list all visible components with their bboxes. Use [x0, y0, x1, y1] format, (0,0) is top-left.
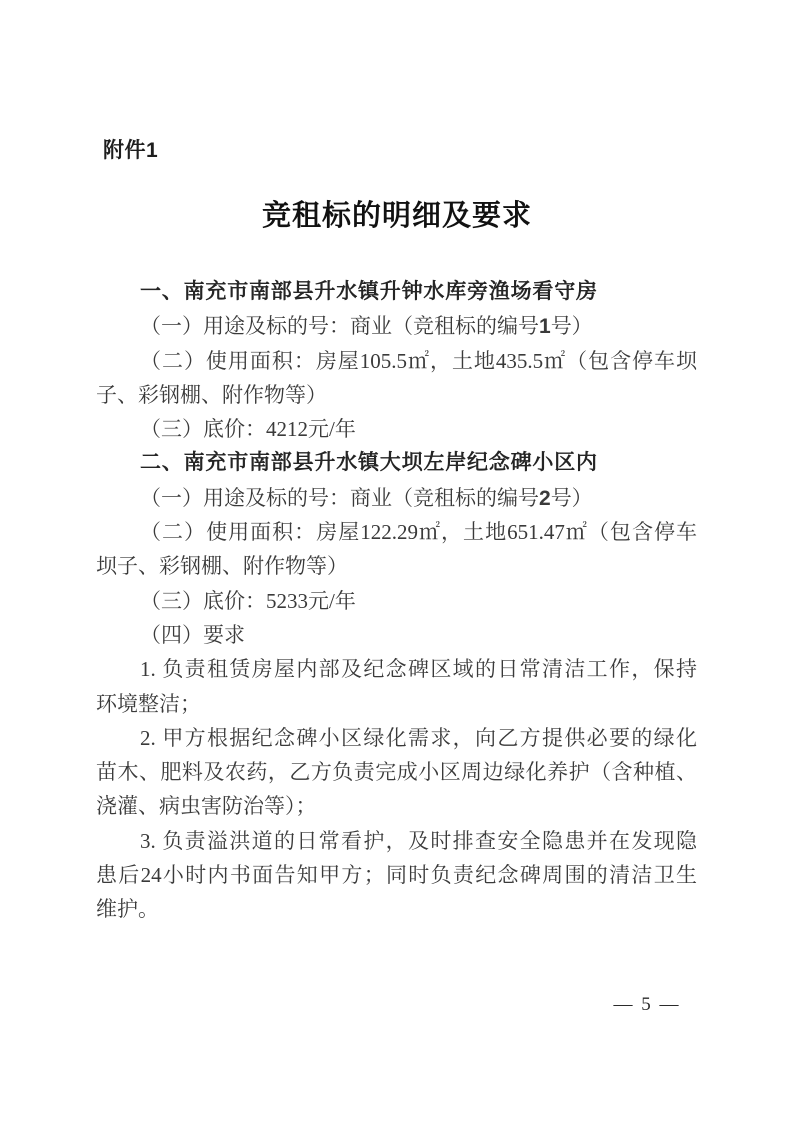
- sec2-item-area-line1: （二）使用面积：房屋122.29㎡，土地651.47㎡（包含停车: [96, 515, 697, 549]
- document-title: 竞租标的明细及要求: [0, 196, 794, 236]
- sec1-item-area-line1: （二）使用面积：房屋105.5㎡，土地435.5㎡（包含停车坝: [96, 344, 697, 378]
- sec2-item-area-line2: 坝子、彩钢棚、附作物等）: [96, 549, 697, 583]
- requirement-3-line1: 3. 负责溢洪道的日常看护，及时排查安全隐患并在发现隐: [96, 824, 697, 858]
- sec1-item-base-price: （三）底价：4212元/年: [96, 412, 697, 446]
- requirement-3-line3: 维护。: [96, 892, 697, 926]
- document-page: 附件1 竞租标的明细及要求 一、南充市南部县升水镇升钟水库旁渔场看守房 （一）用…: [0, 0, 794, 1123]
- sec2-item-purpose-text: （一）用途及标的号：商业（竞租标的编号: [140, 486, 539, 510]
- sec1-item-purpose: （一）用途及标的号：商业（竞租标的编号1号）: [96, 309, 697, 343]
- sec2-item-purpose-suffix: 号）: [551, 486, 593, 510]
- section-1-heading: 一、南充市南部县升水镇升钟水库旁渔场看守房: [96, 275, 697, 309]
- requirement-2-line2: 苗木、肥料及农药，乙方负责完成小区周边绿化养护（含种植、: [96, 755, 697, 789]
- sec2-bid-number: 2: [539, 487, 551, 510]
- requirement-2-line1: 2. 甲方根据纪念碑小区绿化需求，向乙方提供必要的绿化: [96, 721, 697, 755]
- sec2-item-base-price: （三）底价：5233元/年: [96, 584, 697, 618]
- sec1-item-purpose-suffix: 号）: [551, 314, 593, 338]
- attachment-label: 附件1: [103, 137, 158, 165]
- requirement-1-line2: 环境整洁；: [96, 687, 697, 721]
- sec2-item-requirements-heading: （四）要求: [96, 618, 697, 652]
- document-body: 一、南充市南部县升水镇升钟水库旁渔场看守房 （一）用途及标的号：商业（竞租标的编…: [96, 275, 697, 927]
- requirement-2-line3: 浇灌、病虫害防治等）；: [96, 789, 697, 823]
- sec1-bid-number: 1: [539, 315, 551, 338]
- section-2-heading: 二、南充市南部县升水镇大坝左岸纪念碑小区内: [96, 446, 697, 480]
- sec1-item-area-line2: 子、彩钢棚、附作物等）: [96, 378, 697, 412]
- requirement-1-line1: 1. 负责租赁房屋内部及纪念碑区域的日常清洁工作，保持: [96, 652, 697, 686]
- requirement-3-line2: 患后24小时内书面告知甲方；同时负责纪念碑周围的清洁卫生: [96, 858, 697, 892]
- sec2-item-purpose: （一）用途及标的号：商业（竞租标的编号2号）: [96, 481, 697, 515]
- page-number: — 5 —: [567, 991, 727, 1019]
- sec1-item-purpose-text: （一）用途及标的号：商业（竞租标的编号: [140, 314, 539, 338]
